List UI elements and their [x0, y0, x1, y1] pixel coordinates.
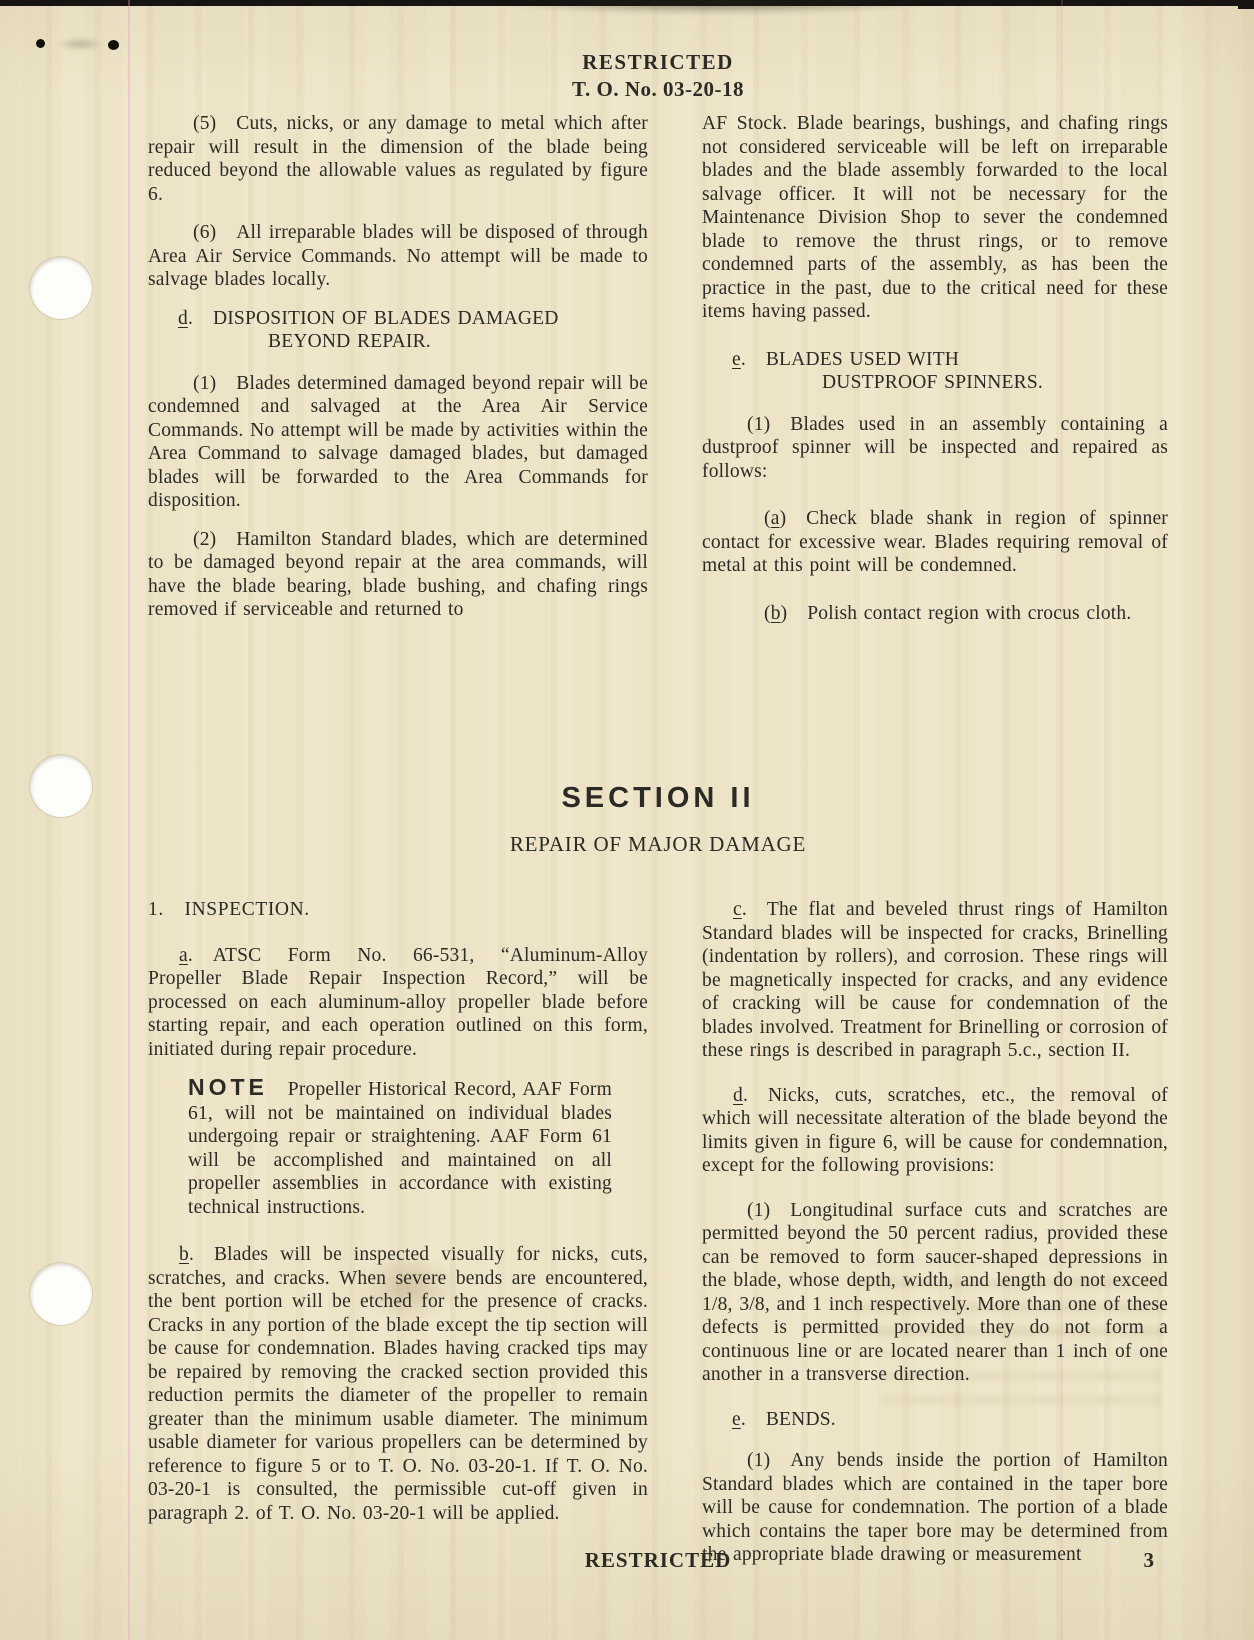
paragraph-lead: (b): [764, 603, 787, 624]
paragraph-lead: NOTE: [188, 1074, 268, 1100]
punch-hole: [30, 257, 92, 319]
classification-banner: RESTRICTED: [148, 50, 1168, 75]
paragraph-lead: e.: [732, 349, 746, 370]
paragraph-lead: d.: [733, 1085, 748, 1106]
paragraph-lead: e.: [732, 1409, 746, 1430]
heading-second-line: BEYOND REPAIR.: [148, 330, 648, 354]
paragraph: c. The flat and beveled thrust rings of …: [702, 898, 1168, 1063]
paragraph-heading: d. DISPOSITION OF BLADES DAMAGEDBEYOND R…: [148, 307, 648, 354]
paragraph: b. Blades will be inspected visually for…: [148, 1243, 648, 1525]
punch-hole: [30, 755, 92, 817]
paper-rule-line: [128, 0, 130, 1640]
ink-smudge: [56, 38, 104, 50]
paragraph: (a) Check blade shank in region of spinn…: [702, 507, 1168, 578]
paragraph: (1) Longitudinal surface cuts and scratc…: [702, 1199, 1168, 1387]
document-page: RESTRICTED T. O. No. 03-20-18 (5) Cuts, …: [0, 0, 1254, 1640]
paragraph-lead: a.: [179, 945, 193, 966]
paragraph-lead: (2): [193, 529, 216, 550]
paragraph: a. ATSC Form No. 66-531, “Aluminum-Alloy…: [148, 944, 648, 1062]
paragraph-lead: (1): [747, 414, 770, 435]
page-number: 3: [1144, 1548, 1155, 1573]
paragraph: (1) Blades used in an assembly containin…: [702, 413, 1168, 484]
paragraph-lead: b.: [179, 1244, 194, 1265]
punch-hole: [30, 1263, 92, 1325]
paragraph-lead: 1.: [148, 899, 164, 920]
paragraph: NOTE Propeller Historical Record, AAF Fo…: [188, 1076, 612, 1219]
paragraph-lead: (1): [747, 1450, 770, 1471]
paragraph: (1) Blades determined damaged beyond rep…: [148, 372, 648, 513]
ink-speck: [36, 39, 45, 48]
column-top-right: AF Stock. Blade bearings, bushings, and …: [702, 112, 1168, 649]
paragraph: (6) All irreparable blades will be dispo…: [148, 221, 648, 292]
paragraph-lead: (1): [193, 373, 216, 394]
paragraph-lead: d.: [178, 308, 193, 329]
paragraph-lead: (1): [747, 1200, 770, 1221]
section-heading: SECTION II REPAIR OF MAJOR DAMAGE: [148, 782, 1168, 857]
paragraph: AF Stock. Blade bearings, bushings, and …: [702, 112, 1168, 324]
heading-second-line: DUSTPROOF SPINNERS.: [702, 371, 1168, 395]
paragraph: (b) Polish contact region with crocus cl…: [702, 602, 1168, 626]
paragraph: (2) Hamilton Standard blades, which are …: [148, 528, 648, 622]
technical-order-number: T. O. No. 03-20-18: [148, 77, 1168, 102]
page-footer: RESTRICTED 3: [148, 1548, 1168, 1573]
paragraph-lead: (5): [193, 113, 216, 134]
paragraph: d. Nicks, cuts, scratches, etc., the rem…: [702, 1084, 1168, 1178]
column-bottom-right: c. The flat and beveled thrust rings of …: [702, 898, 1168, 1588]
paragraph-heading: e. BENDS.: [702, 1408, 1168, 1432]
paragraph-lead: c.: [733, 899, 747, 920]
classification-footer: RESTRICTED: [585, 1548, 732, 1572]
section-subtitle: REPAIR OF MAJOR DAMAGE: [148, 832, 1168, 857]
scan-smudge: [490, 0, 940, 15]
scan-corner-mark: [1238, 0, 1254, 9]
column-top-left: (5) Cuts, nicks, or any damage to metal …: [148, 112, 648, 637]
paragraph: (5) Cuts, nicks, or any damage to metal …: [148, 112, 648, 206]
ink-speck: [108, 40, 119, 50]
section-title: SECTION II: [148, 782, 1168, 815]
paragraph-heading: 1. INSPECTION.: [148, 898, 648, 922]
paragraph-lead: (a): [764, 508, 786, 529]
paragraph-lead: (6): [193, 222, 216, 243]
page-header: RESTRICTED T. O. No. 03-20-18: [148, 50, 1168, 102]
column-bottom-left: 1. INSPECTION.a. ATSC Form No. 66-531, “…: [148, 898, 648, 1540]
paragraph-heading: e. BLADES USED WITHDUSTPROOF SPINNERS.: [702, 348, 1168, 395]
